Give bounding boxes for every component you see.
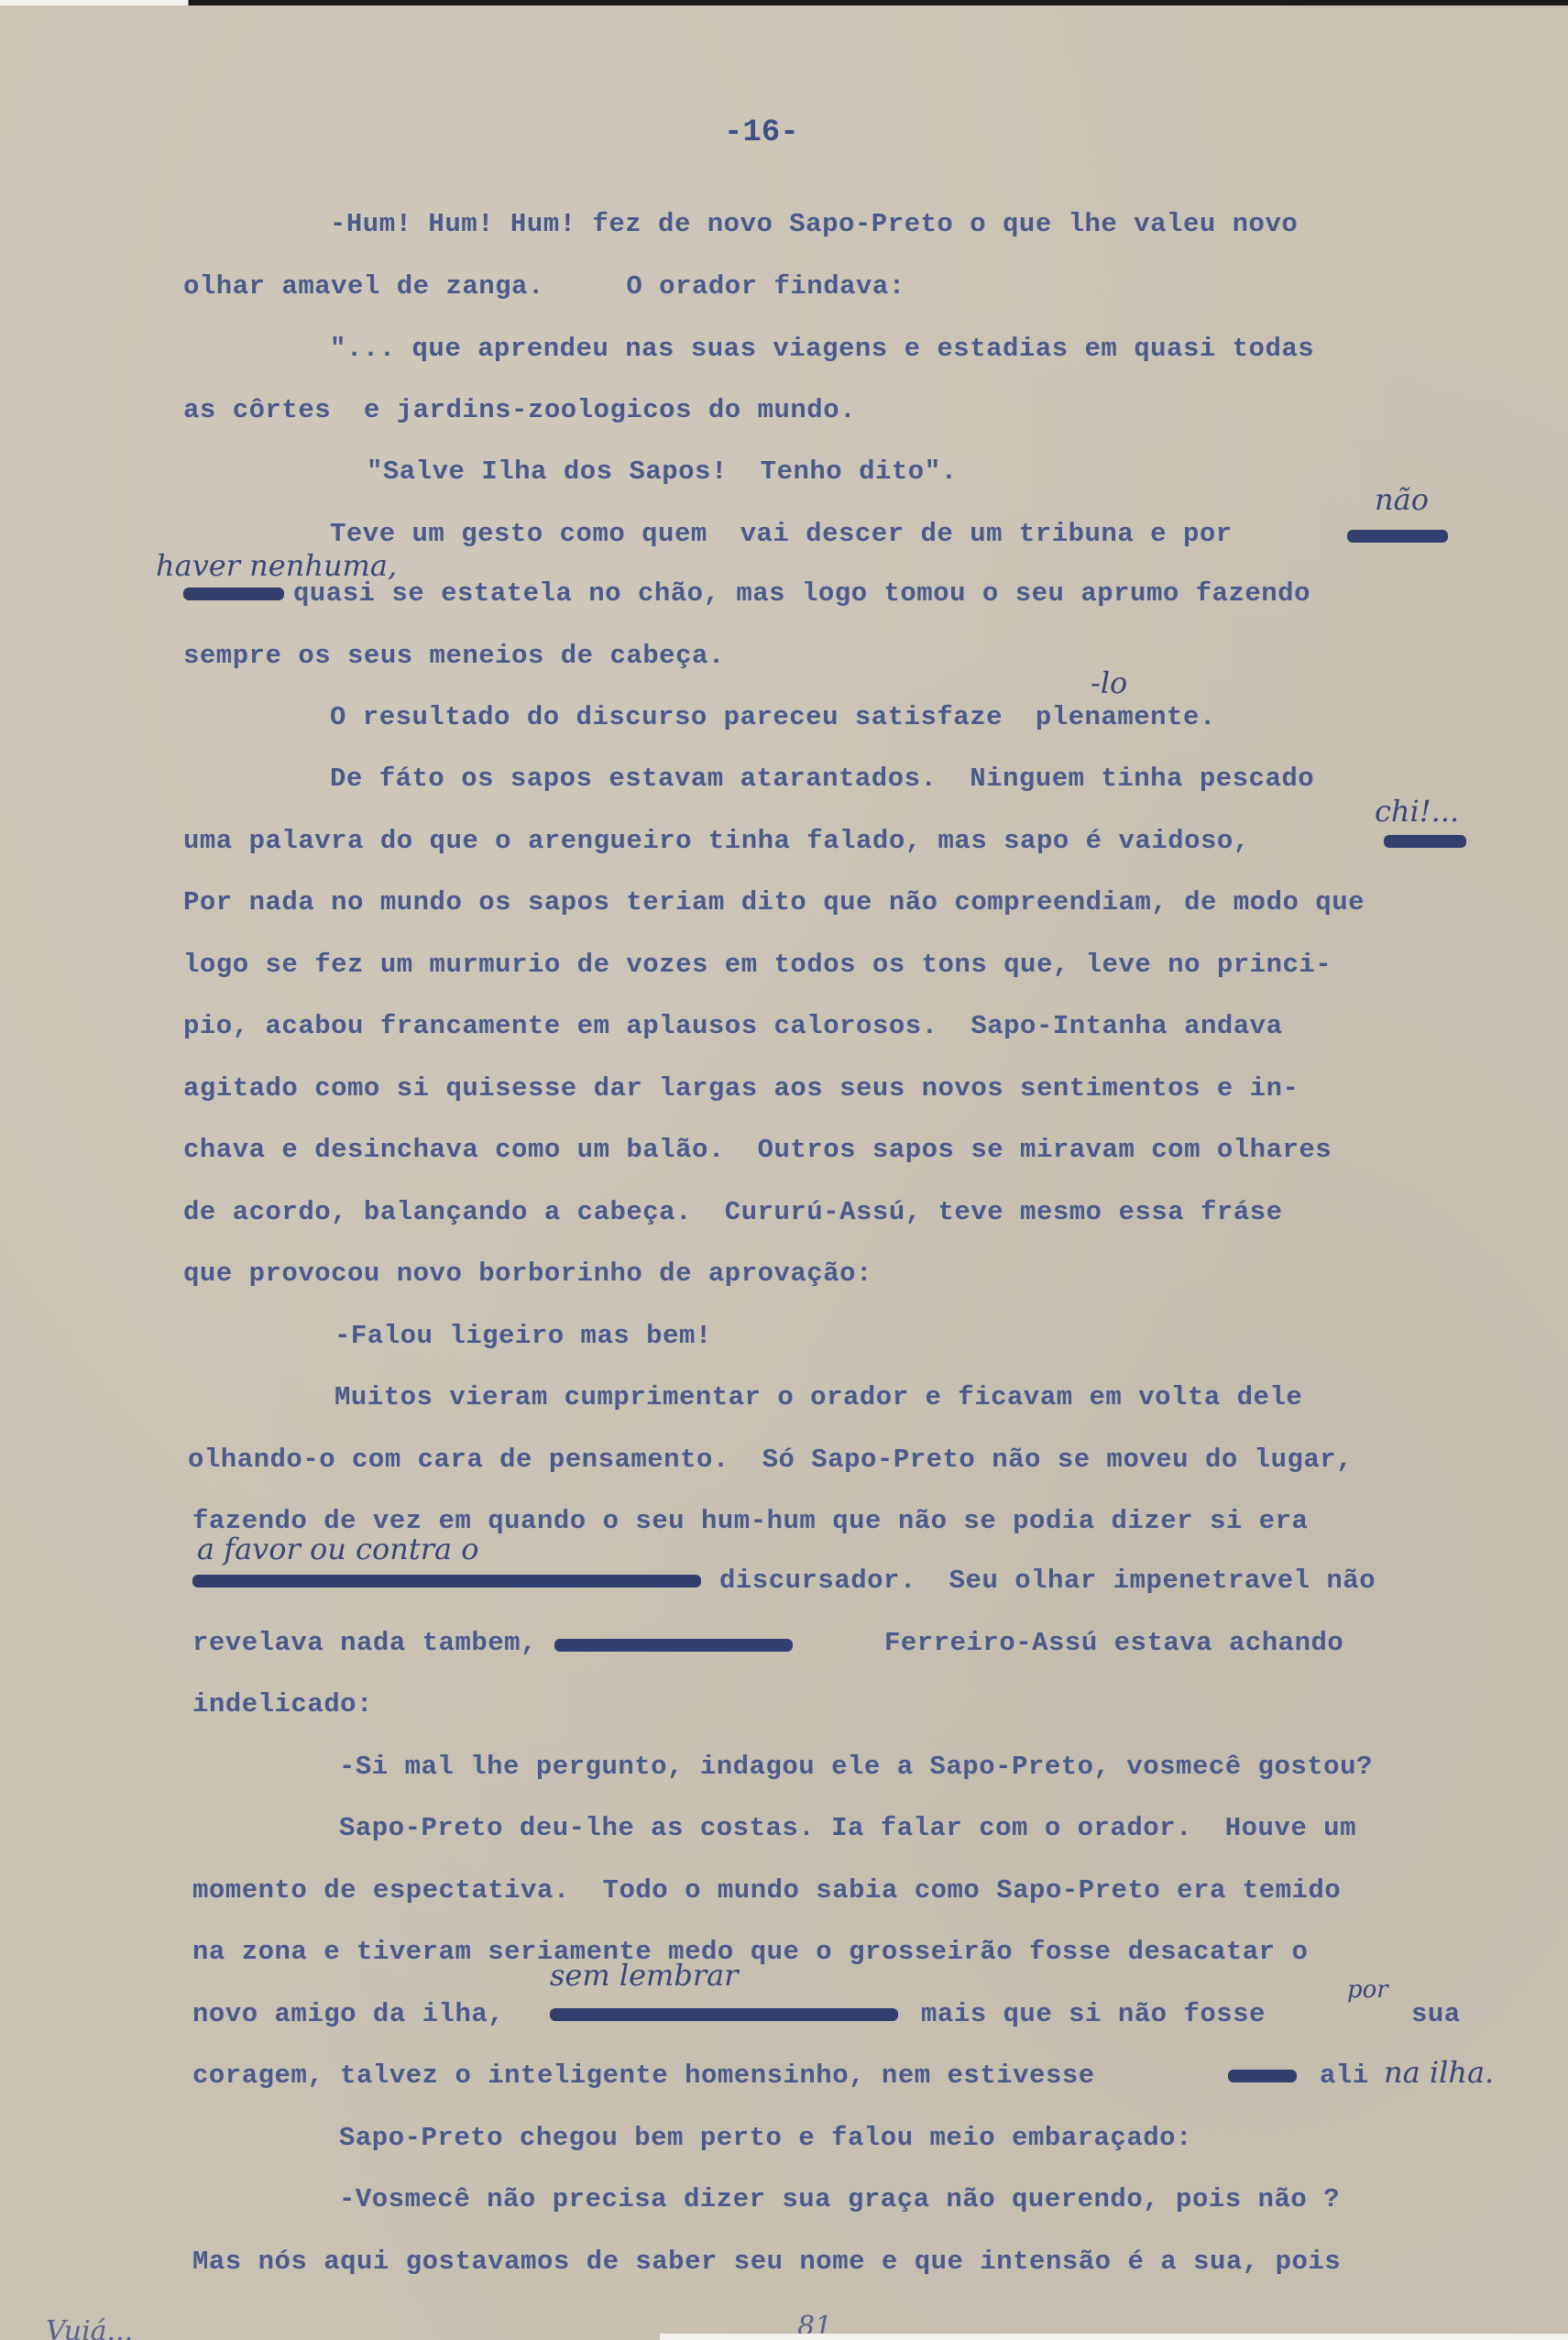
text-line: "Salve Ilha dos Sapos! Tenho dito". <box>367 456 958 487</box>
text-line: momento de espectativa. Todo o mundo sab… <box>192 1875 1341 1906</box>
strikethrough <box>1384 835 1466 848</box>
strikethrough <box>183 588 284 600</box>
text-line: indelicado: <box>192 1689 373 1719</box>
text-line: sempre os seus meneios de cabeça. <box>183 641 725 671</box>
text-line: -Si mal lhe pergunto, indagou ele a Sapo… <box>339 1752 1373 1782</box>
text-line: novo amigo da ilha, <box>192 1999 504 2029</box>
text-line: coragem, talvez o inteligente homensinho… <box>192 2060 1095 2091</box>
text-line: discursador. Seu olhar impenetravel não <box>719 1565 1376 1596</box>
strikethrough <box>192 1575 701 1587</box>
handwritten-footer-note: Vuiá... <box>46 2315 133 2340</box>
text-line: -Falou ligeiro mas bem! <box>334 1321 712 1351</box>
strikethrough <box>550 2008 898 2021</box>
text-line: -Hum! Hum! Hum! fez de novo Sapo-Preto o… <box>330 209 1298 239</box>
text-line: Sapo-Preto chegou bem perto e falou meio… <box>339 2123 1192 2153</box>
text-line: mais que si não fosse <box>921 1999 1266 2029</box>
text-line: agitado como si quisesse dar largas aos … <box>183 1073 1299 1104</box>
handwritten-insert-na-ilha: na ilha. <box>1384 2055 1494 2090</box>
typewritten-page: -16- -Hum! Hum! Hum! fez de novo Sapo-Pr… <box>0 5 1568 2340</box>
text-line: que provocou novo borborinho de aprovaçã… <box>183 1258 872 1289</box>
text-line: Ferreiro-Assú estava achando <box>884 1628 1343 1658</box>
text-line: olhar amavel de zanga. O orador findava: <box>183 271 905 302</box>
text-line: Sapo-Preto deu-lhe as costas. Ia falar c… <box>339 1813 1356 1843</box>
text-line: Mas nós aqui gostavamos de saber seu nom… <box>192 2247 1341 2277</box>
text-line: Por nada no mundo os sapos teriam dito q… <box>183 887 1365 917</box>
text-line: uma palavra do que o arengueiro tinha fa… <box>183 826 1250 856</box>
text-line: chava e desinchava como um balão. Outros… <box>183 1135 1332 1165</box>
text-line: revelava nada tambem, <box>192 1628 537 1658</box>
strikethrough <box>1347 530 1448 543</box>
text-line: -Vosmecê não precisa dizer sua graça não… <box>339 2184 1340 2214</box>
page-number: -16- <box>724 115 799 150</box>
text-line: sua <box>1411 1999 1461 2029</box>
text-line: ali <box>1320 2060 1369 2091</box>
text-line: pio, acabou francamente em aplausos calo… <box>183 1011 1283 1041</box>
bottom-edge-bar <box>660 2334 1568 2340</box>
text-line: De fáto os sapos estavam atarantados. Ni… <box>330 764 1314 794</box>
text-line: "... que aprendeu nas suas viagens e est… <box>330 334 1314 364</box>
handwritten-insert-sem-lembrar: sem lembrar <box>550 1958 739 1993</box>
text-line: Teve um gesto como quem vai descer de um… <box>330 519 1233 549</box>
text-line: Muitos vieram cumprimentar o orador e fi… <box>334 1382 1302 1412</box>
text-line: olhando-o com cara de pensamento. Só Sap… <box>188 1445 1353 1475</box>
handwritten-insert-por: por <box>1347 1976 1388 2004</box>
handwritten-insert-nao: não <box>1375 482 1429 517</box>
strikethrough <box>1228 2070 1297 2082</box>
handwritten-insert-lo: -lo <box>1091 665 1127 700</box>
text-line: O resultado do discurso pareceu satisfaz… <box>330 702 1216 732</box>
text-line: na zona e tiveram seriamente medo que o … <box>192 1937 1308 1967</box>
handwritten-insert-a-favor: a favor ou contra o <box>197 1532 479 1566</box>
text-line: de acordo, balançando a cabeça. Cururú-A… <box>183 1197 1283 1227</box>
text-line: as côrtes e jardins-zoologicos do mundo. <box>183 395 856 425</box>
strikethrough <box>554 1639 793 1652</box>
text-line: logo se fez um murmurio de vozes em todo… <box>183 950 1332 980</box>
handwritten-insert-chi: chi!... <box>1375 794 1459 829</box>
text-line: quasi se estatela no chão, mas logo tomo… <box>293 578 1310 609</box>
